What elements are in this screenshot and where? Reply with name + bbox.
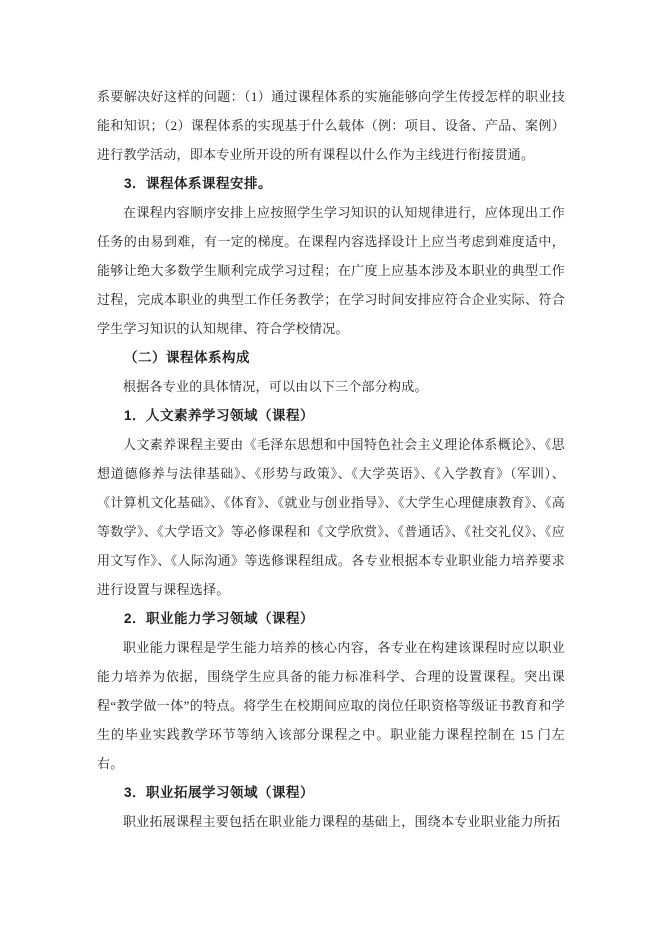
document-page: 系要解决好这样的问题：（1）通过课程体系的实施能够向学生传授怎样的职业技能和知识… [0,0,662,936]
section-heading: 3．课程体系课程安排。 [97,169,565,198]
paragraph: 根据各专业的具体情况，可以由以下三个部分构成。 [97,372,565,401]
section-heading: 3．职业拓展学习领域（课程） [97,778,565,807]
paragraph: 人文素养课程主要由《毛泽东思想和中国特色社会主义理论体系概论》、《思想道德修养与… [97,430,565,604]
paragraph: 职业能力课程是学生能力培养的核心内容，各专业在构建该课程时应以职业能力培养为依据… [97,633,565,778]
paragraph: 职业拓展课程主要包括在职业能力课程的基础上，围绕本专业职业能力所拓 [97,807,565,836]
document-content: 系要解决好这样的问题：（1）通过课程体系的实施能够向学生传授怎样的职业技能和知识… [97,82,565,836]
section-heading: （二）课程体系构成 [97,343,565,372]
paragraph: 在课程内容顺序安排上应按照学生学习知识的认知规律进行，应体现出工作任务的由易到难… [97,198,565,343]
paragraph: 系要解决好这样的问题：（1）通过课程体系的实施能够向学生传授怎样的职业技能和知识… [97,82,565,169]
section-heading: 1．人文素养学习领域（课程） [97,401,565,430]
section-heading: 2．职业能力学习领域（课程） [97,604,565,633]
